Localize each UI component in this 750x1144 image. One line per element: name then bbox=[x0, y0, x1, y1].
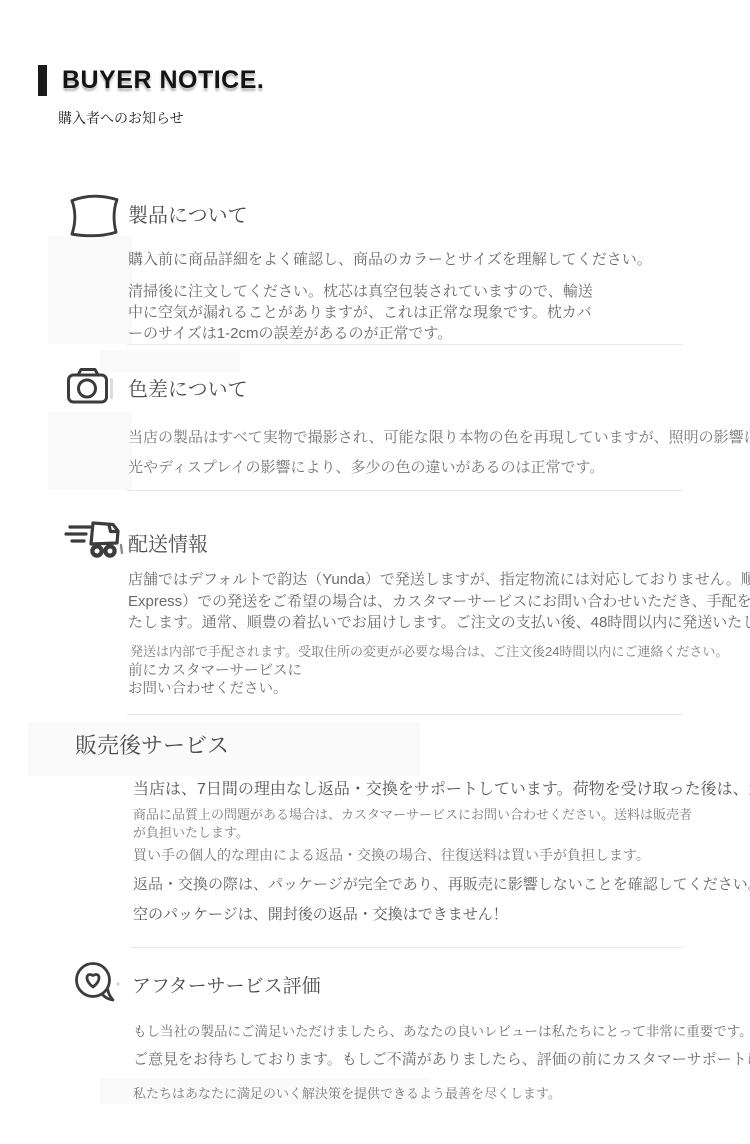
truck-icon bbox=[62, 518, 124, 562]
page-title: BUYER NOTICE. bbox=[62, 66, 264, 95]
buyer-notice-page: BUYER NOTICE. 購入者へのお知らせ 製品について 購入前に商品詳細を… bbox=[0, 0, 750, 1144]
section-divider bbox=[127, 490, 683, 491]
pillow-icon bbox=[68, 192, 120, 238]
section-heading-color: 色差について bbox=[128, 373, 248, 402]
section-heading-shipping: 配送情報 bbox=[128, 528, 208, 557]
bg-patch bbox=[100, 350, 240, 372]
after-sales-paragraph-1: 当店は、7日間の理由なし返品・交換をサポートしています。荷物を受け取った後は、迅… bbox=[133, 779, 750, 800]
shipping-paragraph-3: 前にカスタマーサービスに お問い合わせください。 bbox=[128, 662, 302, 698]
section-divider bbox=[130, 947, 684, 948]
section-divider bbox=[127, 344, 683, 345]
section-heading-after-sales: 販売後サービス bbox=[75, 729, 229, 760]
product-paragraph-1: 購入前に商品詳細をよく確認し、商品のカラーとサイズを理解してください。 bbox=[128, 249, 652, 270]
title-accent-bar bbox=[38, 65, 47, 96]
color-paragraph-1: 当店の製品はすべて実物で撮影され、可能な限り本物の色を再現していますが、照明の影… bbox=[128, 427, 750, 448]
review-paragraph-1: もし当社の製品にご満足いただけましたら、あなたの良いレビューは私たちにとって非常… bbox=[133, 1021, 750, 1042]
camera-icon bbox=[66, 366, 116, 408]
after-sales-paragraph-5: 空のパッケージは、開封後の返品・交換はできません！ bbox=[133, 904, 508, 925]
bg-patch bbox=[48, 412, 132, 490]
after-sales-paragraph-4: 返品・交換の際は、パッケージが完全であり、再販売に影響しないことを確認してくださ… bbox=[133, 874, 750, 895]
product-paragraph-2: 清掃後に注文してください。枕芯は真空包装されていますので、輸送 中に空気が漏れる… bbox=[128, 281, 593, 344]
color-paragraph-2: 光やディスプレイの影響により、多少の色の違いがあるのは正常です。 bbox=[128, 457, 604, 478]
page-subtitle: 購入者へのお知らせ bbox=[58, 108, 184, 128]
review-paragraph-2: ご意見をお待ちしております。もしご不満がありましたら、評価の前にカスタマーサポー… bbox=[133, 1049, 750, 1070]
section-heading-review: アフターサービス評価 bbox=[132, 971, 321, 998]
after-sales-paragraph-2: 商品に品質上の問題がある場合は、カスタマーサービスにお問い合わせください。送料は… bbox=[133, 806, 692, 842]
after-sales-paragraph-3: 買い手の個人的な理由による返品・交換の場合、往復送料は買い手が負担します。 bbox=[133, 845, 650, 866]
heart-bubble-icon bbox=[72, 960, 124, 1004]
review-paragraph-3: 私たちはあなたに満足のいく解決策を提供できるよう最善を尽くします。 bbox=[133, 1083, 561, 1104]
bg-patch bbox=[48, 236, 132, 344]
shipping-paragraph-2: 発送は内部で手配されます。受取住所の変更が必要な場合は、ご注文後24時間以内にご… bbox=[130, 641, 728, 662]
section-divider bbox=[127, 714, 683, 715]
shipping-paragraph-1: 店舗ではデフォルトで韵达（Yunda）で発送しますが、指定物流には対応しておりま… bbox=[128, 569, 750, 634]
section-heading-product: 製品について bbox=[128, 199, 248, 228]
